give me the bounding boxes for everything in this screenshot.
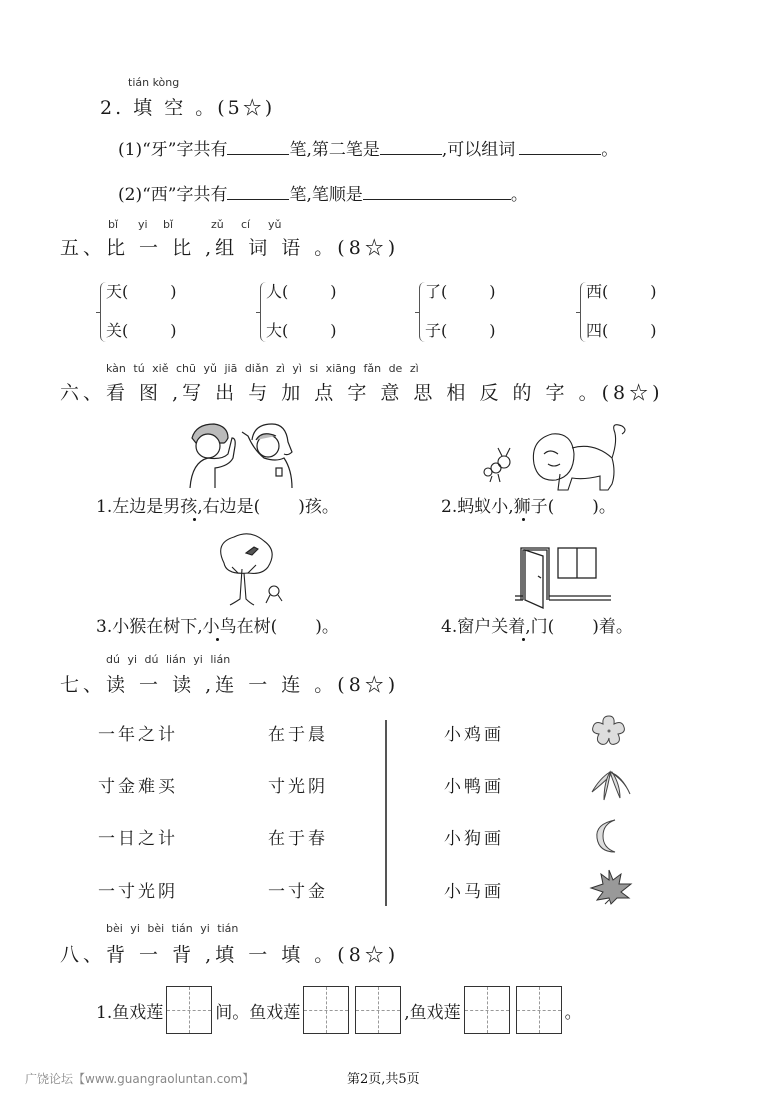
emphasis-dot [193, 518, 196, 521]
paren-close: ) [489, 282, 495, 301]
q2-blank-stroke-order[interactable] [363, 185, 511, 200]
poem-fill-line: 1.鱼戏莲 间。鱼戏莲 ,鱼戏莲 。 [96, 986, 582, 1034]
section-fill-title: 2. 填 空 。(5☆) [100, 93, 275, 120]
page-number: 第2页,共5页 [347, 1068, 420, 1087]
word-pair-2-bottom: 大() [266, 318, 337, 341]
q1-blank-second-stroke[interactable] [380, 140, 442, 155]
match-left-2[interactable]: 寸金难买 [98, 772, 178, 797]
crescent-moon-icon[interactable] [593, 818, 623, 854]
tianzi-grid-5[interactable] [516, 986, 562, 1034]
q-text-end: )。 [315, 617, 339, 637]
match-mid-4[interactable]: 一寸金 [268, 877, 328, 902]
paren-close: ) [489, 321, 495, 340]
section5-title: 五、比 一 比 ,组 词 语 。(8☆) [60, 233, 399, 260]
tianzi-grid-4[interactable] [464, 986, 510, 1034]
char: 西( [586, 282, 608, 301]
watermark: 广饶论坛【www.guangraoluntan.com】 [25, 1070, 254, 1087]
char: 四( [586, 321, 608, 340]
q1-text-c: ,可以组词 [442, 140, 515, 160]
q-text-end: )着。 [592, 617, 633, 637]
picture-question-2: 2.蚂蚁小,狮子()。 [441, 492, 616, 517]
char: 人( [266, 282, 288, 301]
section7-title: 七、读 一 读 ,连 一 连 。(8☆) [60, 670, 399, 697]
picture-question-1: 1.左边是男孩,右边是()孩。 [96, 492, 339, 517]
emphasis-dot [216, 638, 219, 641]
poem-text-a: 1.鱼戏莲 [96, 998, 163, 1023]
match-animal-4[interactable]: 小马画 [444, 877, 504, 902]
q2-text-b: 笔,笔顺是 [289, 185, 362, 205]
match-animal-3[interactable]: 小狗画 [444, 824, 504, 849]
door-and-window-image [515, 544, 615, 608]
maple-leaf-icon[interactable] [587, 868, 633, 904]
match-left-3[interactable]: 一日之计 [98, 824, 178, 849]
column-divider [385, 720, 387, 906]
match-mid-1[interactable]: 在于晨 [268, 720, 328, 745]
bamboo-leaf-icon[interactable] [590, 768, 634, 802]
plum-blossom-icon[interactable] [592, 714, 626, 748]
match-mid-3[interactable]: 在于春 [268, 824, 328, 849]
tianzi-grid-2[interactable] [303, 986, 349, 1034]
word-pair-4-bottom: 四() [586, 318, 657, 341]
pinyin-bi: bǐ [108, 218, 118, 231]
pinyin-yi: yi [138, 218, 148, 231]
fill-question-1: (1)“牙”字共有笔,第二笔是,可以组词。 [118, 135, 618, 160]
word-pair-1-top: 天() [106, 279, 177, 302]
q-text-end: )。 [592, 497, 616, 517]
char: 大( [266, 321, 288, 340]
tianzi-grid-1[interactable] [166, 986, 212, 1034]
paren-close: ) [330, 282, 336, 301]
picture-question-4: 4.窗户关着,门()着。 [441, 612, 633, 637]
word-pair-4-top: 西() [586, 279, 657, 302]
paren-close: ) [330, 321, 336, 340]
section8-pinyin: bèi yi bèi tián yi tián [106, 922, 238, 935]
paren-close: ) [650, 321, 656, 340]
q-text: 1.左边是男孩,右边是( [96, 497, 260, 517]
section6-title: 六、看 图 ,写 出 与 加 点 字 意 思 相 反 的 字 。(8☆) [60, 378, 664, 405]
ant-and-lion-image [478, 424, 628, 496]
q2-text-a: (2)“西”字共有 [118, 185, 227, 205]
paren-close: ) [170, 282, 176, 301]
boy-and-girl-image [180, 420, 310, 490]
paren-close: ) [170, 321, 176, 340]
pinyin-zu: zǔ [211, 218, 224, 231]
q-text: 3.小猴在树下,小鸟在树( [96, 617, 277, 637]
q1-blank-word[interactable] [519, 140, 601, 155]
match-left-4[interactable]: 一寸光阴 [98, 877, 178, 902]
q2-blank-strokes[interactable] [227, 185, 289, 200]
fill-question-2: (2)“西”字共有笔,笔顺是。 [118, 180, 528, 205]
q2-text-c: 。 [511, 185, 528, 205]
char: 关( [106, 321, 128, 340]
tianzi-grid-3[interactable] [355, 986, 401, 1034]
q1-blank-strokes[interactable] [227, 140, 289, 155]
picture-question-3: 3.小猴在树下,小鸟在树()。 [96, 612, 339, 637]
emphasis-dot [522, 638, 525, 641]
match-animal-1[interactable]: 小鸡画 [444, 720, 504, 745]
match-left-1[interactable]: 一年之计 [98, 720, 178, 745]
word-pair-3-top: 了() [425, 279, 496, 302]
poem-text-d: 。 [565, 998, 582, 1023]
emphasis-dot [522, 518, 525, 521]
pinyin-yu: yǔ [268, 218, 281, 231]
q-text: 2.蚂蚁小,狮子( [441, 497, 554, 517]
char: 子( [425, 321, 447, 340]
section8-title: 八、背 一 背 ,填 一 填 。(8☆) [60, 940, 399, 967]
word-pair-2-top: 人() [266, 279, 337, 302]
char: 了( [425, 282, 447, 301]
pinyin-ci: cí [241, 218, 250, 231]
tree-bird-monkey-image [208, 533, 288, 607]
q-text-end: )孩。 [298, 497, 339, 517]
pinyin-bi2: bǐ [163, 218, 173, 231]
poem-text-b: 间。鱼戏莲 [215, 998, 300, 1023]
q-text: 4.窗户关着,门( [441, 617, 554, 637]
match-animal-2[interactable]: 小鸭画 [444, 772, 504, 797]
section6-pinyin: kàn tú xiě chū yǔ jiā diǎn zì yì si xiān… [106, 362, 419, 375]
q1-text-a: (1)“牙”字共有 [118, 140, 227, 160]
paren-close: ) [650, 282, 656, 301]
section7-pinyin: dú yi dú lián yi lián [106, 653, 230, 666]
word-pair-3-bottom: 子() [425, 318, 496, 341]
match-mid-2[interactable]: 寸光阴 [268, 772, 328, 797]
word-pair-1-bottom: 关() [106, 318, 177, 341]
q1-text-d: 。 [601, 140, 618, 160]
pinyin-tiankong: tián kòng [128, 76, 179, 89]
q1-text-b: 笔,第二笔是 [289, 140, 379, 160]
char: 天( [106, 282, 128, 301]
poem-text-c: ,鱼戏莲 [404, 998, 460, 1023]
